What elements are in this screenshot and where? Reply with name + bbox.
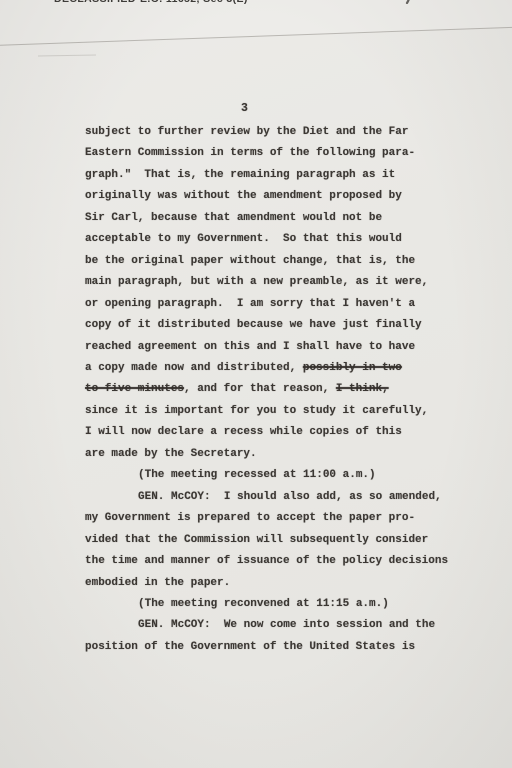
typed-line: GEN. McCOY: I should also add, as so ame… [85, 487, 485, 508]
struck-text-segment: to five minutes [85, 383, 184, 395]
typed-text-segment: Sir Carl, because that amendment would n… [85, 212, 382, 224]
typed-line: embodied in the paper. [85, 573, 485, 594]
typed-text-segment: reached agreement on this and I shall ha… [85, 341, 415, 353]
page-number: 3 [241, 102, 248, 115]
handwritten-mark-icon [364, 0, 424, 4]
typed-line: Sir Carl, because that amendment would n… [85, 208, 485, 229]
typed-text-segment: subject to further review by the Diet an… [85, 126, 408, 138]
typed-text-segment: (The meeting recessed at 11:00 a.m.) [138, 469, 376, 481]
typed-line: subject to further review by the Diet an… [85, 122, 485, 143]
typed-line: (The meeting recessed at 11:00 a.m.) [85, 465, 485, 486]
typed-text-segment: I will now declare a recess while copies… [85, 426, 402, 438]
typed-text-segment: originally was without the amendment pro… [85, 190, 402, 202]
typed-text-segment: since it is important for you to study i… [85, 405, 428, 417]
typed-line: reached agreement on this and I shall ha… [85, 337, 485, 358]
declassification-stamp: DECLASSIFIED E.O. 11652, Sec 3(E) [0, 0, 512, 9]
typed-line: position of the Government of the United… [85, 637, 485, 658]
declassified-stamp-text: DECLASSIFIED [54, 0, 136, 5]
typed-text-block: subject to further review by the Diet an… [85, 122, 485, 658]
typed-text-segment: a copy made now and distributed, [85, 362, 303, 374]
struck-text-segment: possibly in two [303, 362, 402, 374]
stamp-authority-text: E.O. 11652, Sec 3(E) [140, 0, 248, 5]
typed-text-segment: graph." That is, the remaining paragraph… [85, 169, 395, 181]
typed-text-segment: (The meeting reconvened at 11:15 a.m.) [138, 598, 389, 610]
typed-text-segment: or opening paragraph. I am sorry that I … [85, 298, 415, 310]
typed-text-segment: copy of it distributed because we have j… [85, 319, 422, 331]
typed-line: graph." That is, the remaining paragraph… [85, 165, 485, 186]
typed-text-segment: vided that the Commission will subsequen… [85, 534, 428, 546]
typed-line: the time and manner of issuance of the p… [85, 551, 485, 572]
typed-line: vided that the Commission will subsequen… [85, 530, 485, 551]
typed-line: acceptable to my Government. So that thi… [85, 229, 485, 250]
typed-line: (The meeting reconvened at 11:15 a.m.) [85, 594, 485, 615]
typed-text-segment: my Government is prepared to accept the … [85, 512, 415, 524]
typed-line: GEN. McCOY: We now come into session and… [85, 615, 485, 636]
typed-line: or opening paragraph. I am sorry that I … [85, 294, 485, 315]
typed-text-segment: GEN. McCOY: We now come into session and… [138, 619, 435, 631]
typed-line: Eastern Commission in terms of the follo… [85, 143, 485, 164]
typed-line: a copy made now and distributed, possibl… [85, 358, 485, 379]
typed-text-segment: Eastern Commission in terms of the follo… [85, 147, 415, 159]
typed-text-segment: position of the Government of the United… [85, 641, 415, 653]
scanned-document-page: DECLASSIFIED E.O. 11652, Sec 3(E) 3 subj… [0, 0, 512, 768]
typed-line: main paragraph, but with a new preamble,… [85, 272, 485, 293]
typed-text-segment: main paragraph, but with a new preamble,… [85, 276, 428, 288]
typed-line: to five minutes, and for that reason, I … [85, 379, 485, 400]
typed-text-segment: GEN. McCOY: I should also add, as so ame… [138, 491, 442, 503]
typed-line: copy of it distributed because we have j… [85, 315, 485, 336]
faint-pencil-mark [38, 54, 96, 56]
typed-line: I will now declare a recess while copies… [85, 422, 485, 443]
typed-text-segment: be the original paper without change, th… [85, 255, 415, 267]
typed-text-segment: embodied in the paper. [85, 577, 230, 589]
typed-line: since it is important for you to study i… [85, 401, 485, 422]
struck-text-segment: I think, [336, 383, 389, 395]
typed-text-segment: are made by the Secretary. [85, 448, 257, 460]
typed-line: my Government is prepared to accept the … [85, 508, 485, 529]
typed-text-segment: , and for that reason, [184, 383, 336, 395]
typed-line: originally was without the amendment pro… [85, 186, 485, 207]
typed-line: be the original paper without change, th… [85, 251, 485, 272]
typed-text-segment: the time and manner of issuance of the p… [85, 555, 448, 567]
typed-text-segment: acceptable to my Government. So that thi… [85, 233, 402, 245]
typed-line: are made by the Secretary. [85, 444, 485, 465]
